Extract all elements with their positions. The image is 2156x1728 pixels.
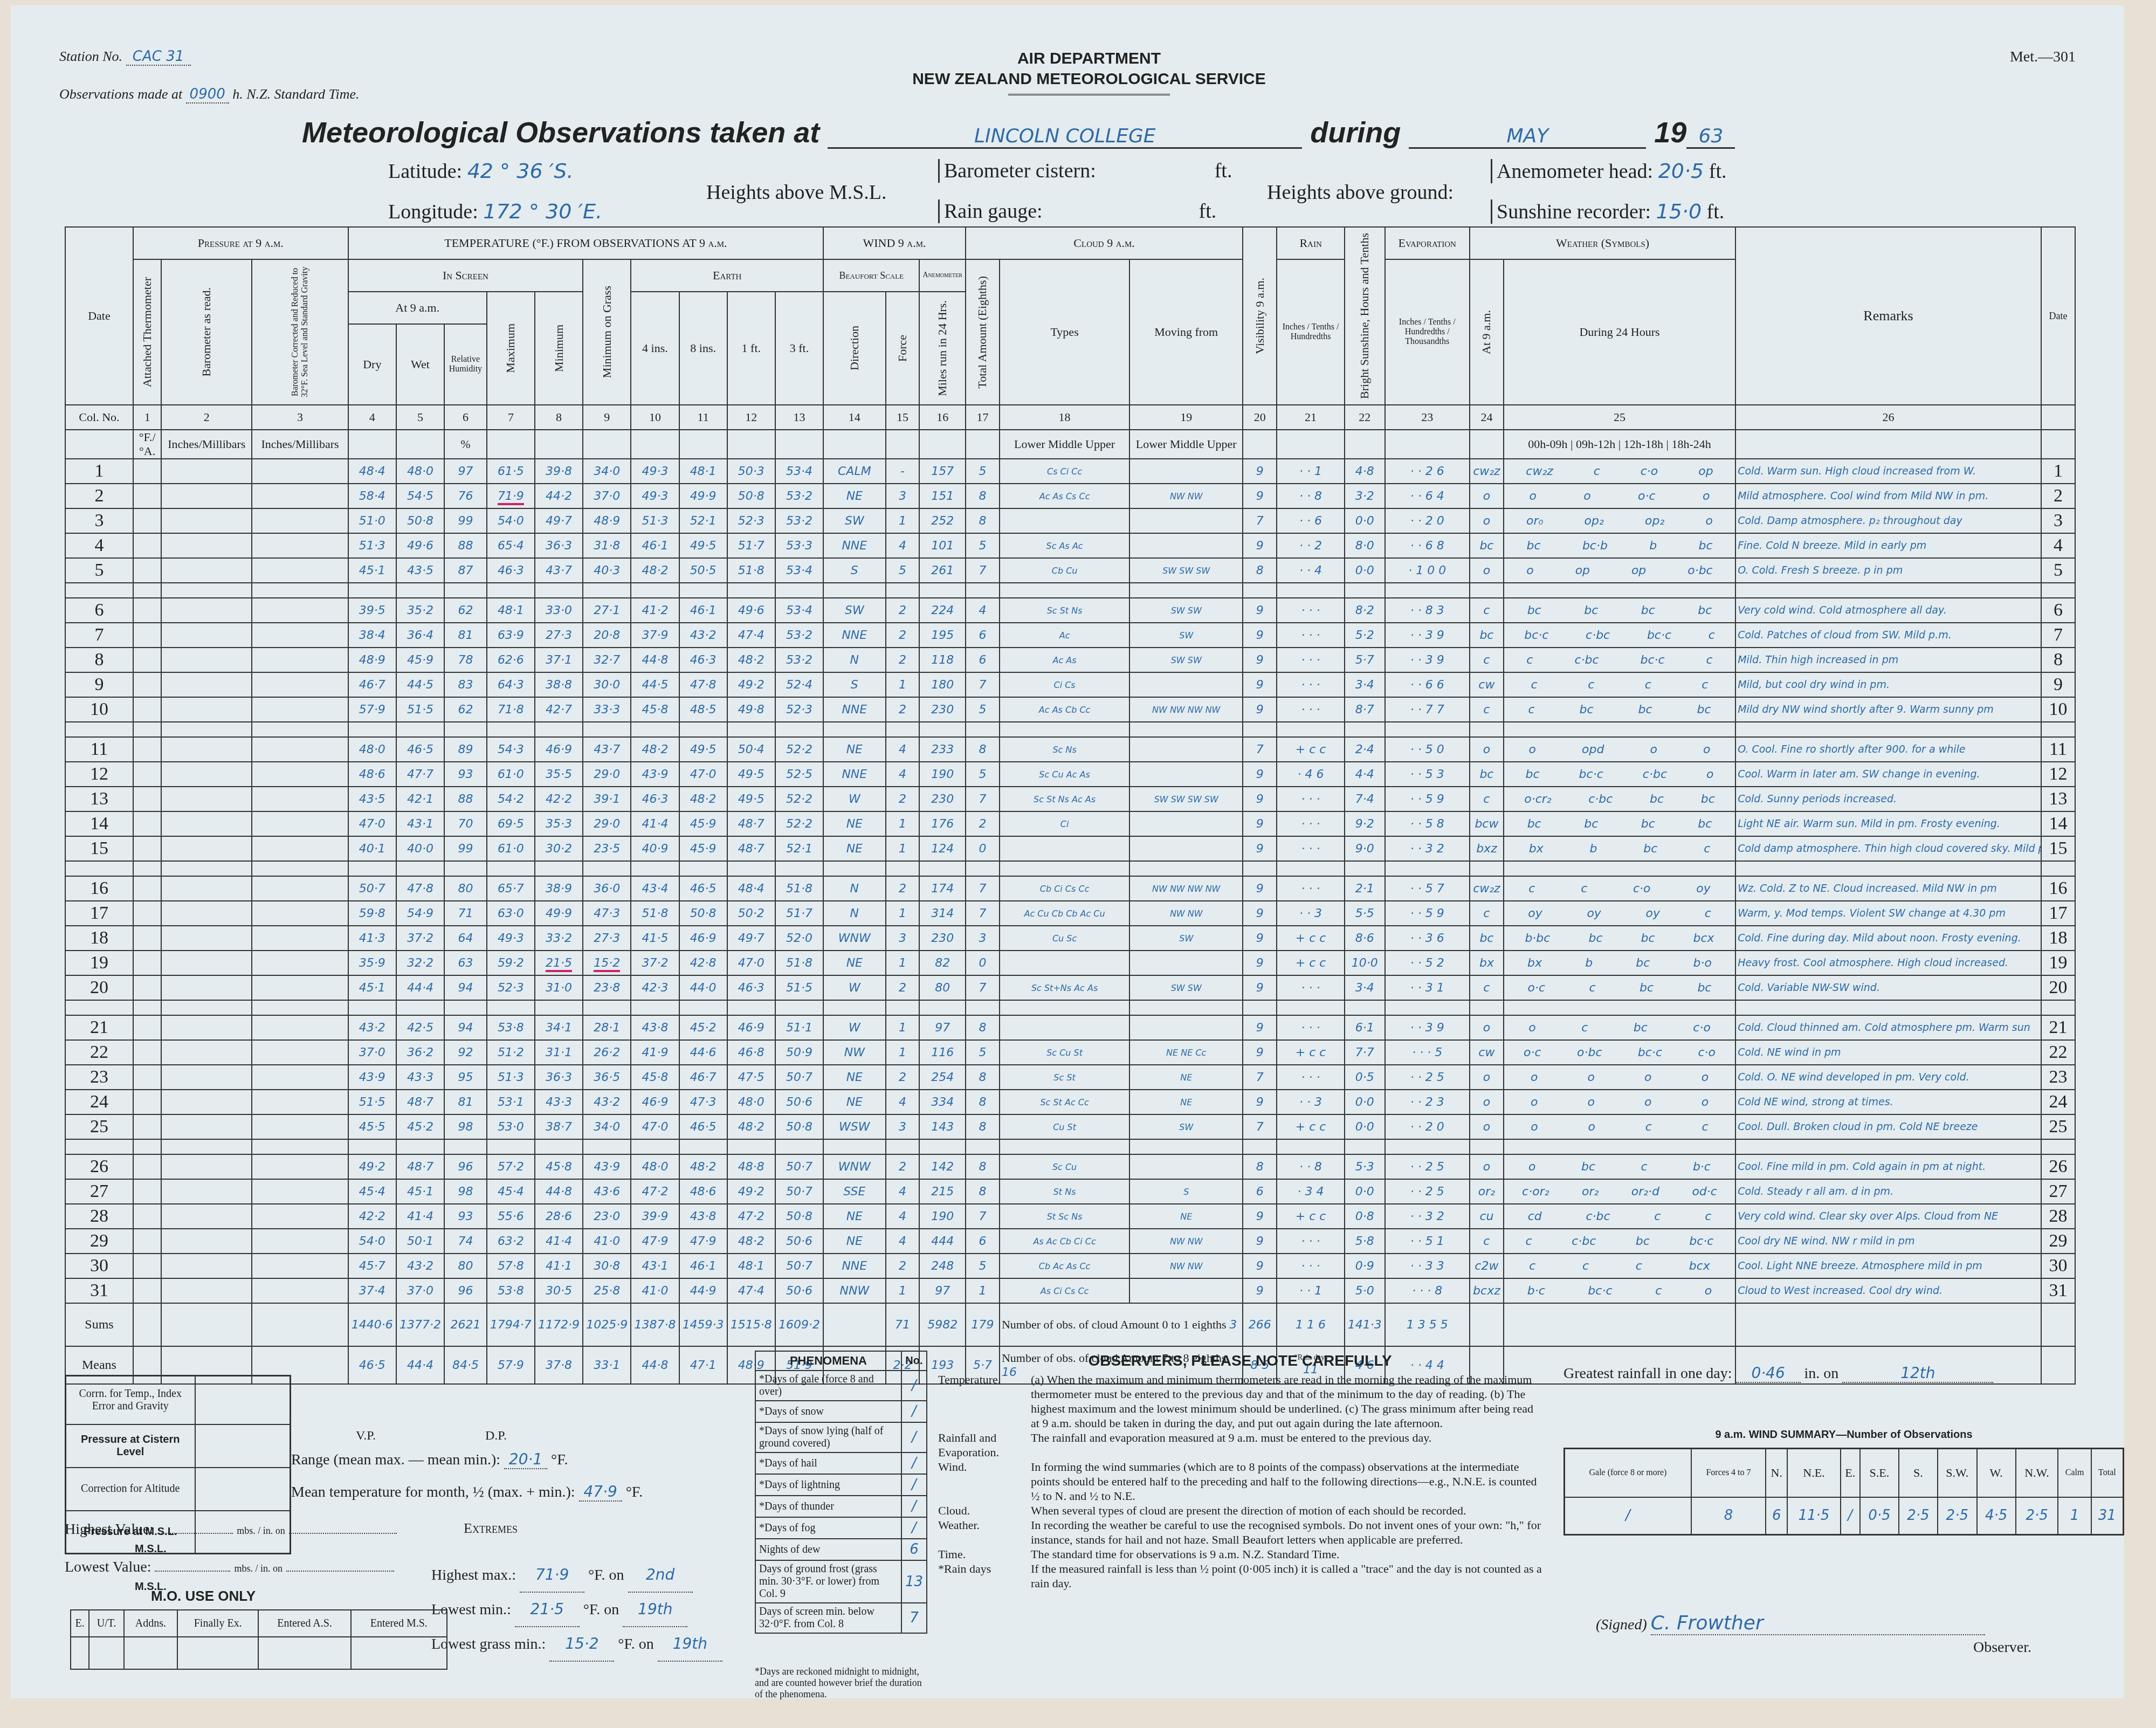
weather-period[interactable]: o·bc [1577,1046,1602,1059]
pressure-cell[interactable] [133,484,161,508]
weather-period[interactable]: c·bc [1586,629,1610,642]
rain-cell[interactable]: · · · [1277,598,1345,623]
cmove-cell[interactable]: NE [1129,1090,1243,1114]
pressure-cell[interactable] [161,926,252,951]
cloud-cell[interactable]: 6 [966,1229,1000,1254]
cmove-cell[interactable]: NW NW NW NW [1129,697,1243,722]
station-number-value[interactable]: CAC 31 [126,49,191,66]
e1-cell[interactable]: 46·3 [727,975,775,1000]
ctype-cell[interactable]: Sc St Ac Cc [1000,1090,1129,1114]
weather-period[interactable]: c [1529,1259,1535,1273]
cloud-cell[interactable]: 2 [966,811,1000,836]
e3-cell[interactable]: 52·2 [775,811,823,836]
dir-cell[interactable]: NNE [823,697,885,722]
grass-cell[interactable]: 33·3 [583,697,631,722]
rh-cell[interactable]: 88 [444,533,487,558]
e1-cell[interactable]: 46·8 [727,1040,775,1065]
pressure-cell[interactable] [161,697,252,722]
remarks-cell[interactable]: O. Cold. Fresh S breeze. p in pm [1735,558,2041,583]
weather-period[interactable]: b [1649,539,1657,553]
wet-cell[interactable]: 43·1 [396,811,444,836]
grass-cell[interactable]: 27·1 [583,598,631,623]
cloud-cell[interactable]: 8 [966,1090,1000,1114]
weather-24h-cell[interactable]: cc·bcbc·cc [1504,648,1735,672]
pressure-cell[interactable] [252,508,348,533]
wx9-cell[interactable]: cw₂z [1470,459,1504,484]
ctype-cell[interactable]: Sc Ns [1000,737,1129,762]
e4-cell[interactable]: 41·5 [631,926,679,951]
e1-cell[interactable]: 47·5 [727,1065,775,1090]
e8-cell[interactable]: 43·2 [679,623,727,648]
rh-cell[interactable]: 87 [444,558,487,583]
dir-cell[interactable]: NE [823,1090,885,1114]
rain-cell[interactable]: · · · [1277,623,1345,648]
grass-cell[interactable]: 30·8 [583,1254,631,1278]
evap-cell[interactable]: · · 2 5 [1385,1179,1470,1204]
sun-cell[interactable]: 0·8 [1345,1204,1384,1229]
wx9-cell[interactable]: o [1470,1114,1504,1139]
sun-cell[interactable]: 0·5 [1345,1065,1384,1090]
max-cell[interactable]: 63·9 [487,623,535,648]
pressure-cell[interactable] [133,926,161,951]
force-cell[interactable]: 4 [886,1229,920,1254]
min-cell[interactable]: 30·2 [535,836,583,861]
dir-cell[interactable]: NNW [823,1278,885,1303]
e4-cell[interactable]: 49·3 [631,459,679,484]
e1-cell[interactable]: 51·7 [727,533,775,558]
wet-cell[interactable]: 47·8 [396,876,444,901]
weather-period[interactable]: bx [1527,956,1542,970]
e1-cell[interactable]: 48·7 [727,836,775,861]
pressure-cell[interactable] [133,1090,161,1114]
rain-cell[interactable]: · · · [1277,672,1345,697]
cmove-cell[interactable] [1129,951,1243,975]
wind-summary-value[interactable]: 31 [2091,1497,2124,1535]
rain-cell[interactable]: · · · [1277,1254,1345,1278]
e4-cell[interactable]: 43·8 [631,1015,679,1040]
dir-cell[interactable]: NE [823,1204,885,1229]
pressure-cell[interactable] [252,533,348,558]
pressure-cell[interactable] [252,1065,348,1090]
weather-period[interactable]: c [1704,842,1710,856]
evap-cell[interactable]: · · 5 7 [1385,876,1470,901]
sun-cell[interactable]: 0·9 [1345,1254,1384,1278]
e1-cell[interactable]: 49·8 [727,697,775,722]
dir-cell[interactable]: NE [823,1229,885,1254]
weather-period[interactable]: cw₂z [1526,465,1553,478]
weather-period[interactable]: o [1650,743,1657,756]
ctype-cell[interactable]: Ci [1000,811,1129,836]
pressure-cell[interactable] [133,672,161,697]
e1-cell[interactable]: 49·7 [727,926,775,951]
wet-cell[interactable]: 36·2 [396,1040,444,1065]
max-cell[interactable]: 69·5 [487,811,535,836]
weather-period[interactable]: o [1702,1096,1709,1109]
weather-period[interactable]: bc [1697,981,1711,995]
e8-cell[interactable]: 49·9 [679,484,727,508]
phenomena-value[interactable]: 6 [901,1539,927,1560]
remarks-cell[interactable]: Cold. Variable NW-SW wind. [1735,975,2041,1000]
weather-period[interactable]: c [1581,1021,1588,1035]
weather-period[interactable]: b·c [1527,1284,1545,1298]
evap-cell[interactable]: · · 2 0 [1385,1114,1470,1139]
remarks-cell[interactable]: Heavy frost. Cool atmosphere. High cloud… [1735,951,2041,975]
sun-cell[interactable]: 3·2 [1345,484,1384,508]
e4-cell[interactable]: 46·9 [631,1090,679,1114]
weather-period[interactable]: op [1631,564,1646,577]
remarks-cell[interactable]: O. Cool. Fine ro shortly after 900. for … [1735,737,2041,762]
cloud-cell[interactable]: 5 [966,697,1000,722]
weather-period[interactable]: o [1583,490,1590,503]
dir-cell[interactable]: NE [823,951,885,975]
max-cell[interactable]: 54·0 [487,508,535,533]
cloud-cell[interactable]: 8 [966,1179,1000,1204]
rain-cell[interactable]: · · 2 [1277,533,1345,558]
e4-cell[interactable]: 46·1 [631,533,679,558]
min-cell[interactable]: 45·8 [535,1154,583,1179]
cmove-cell[interactable] [1129,672,1243,697]
min-cell[interactable]: 38·9 [535,876,583,901]
sun-cell[interactable]: 5·0 [1345,1278,1384,1303]
weather-24h-cell[interactable]: obccb·c [1504,1155,1735,1179]
miles-cell[interactable]: 230 [919,697,965,722]
cloud-cell[interactable]: 5 [966,459,1000,484]
weather-period[interactable]: bc·b [1582,539,1608,553]
rh-cell[interactable]: 96 [444,1278,487,1303]
force-cell[interactable]: 2 [886,697,920,722]
evap-cell[interactable]: · · 3 3 [1385,1254,1470,1278]
pressure-cell[interactable] [161,533,252,558]
evap-cell[interactable]: · · 3 1 [1385,975,1470,1000]
weather-period[interactable]: bc·c [1588,1284,1612,1298]
dry-cell[interactable]: 42·2 [348,1204,396,1229]
wet-cell[interactable]: 46·5 [396,737,444,762]
cloud-cell[interactable]: 8 [966,737,1000,762]
miles-cell[interactable]: 180 [919,672,965,697]
weather-period[interactable]: bc·c [1638,1046,1662,1059]
pressure-cell[interactable] [133,737,161,762]
vis-cell[interactable]: 9 [1243,787,1277,811]
rain-cell[interactable]: · · · [1277,697,1345,722]
vis-cell[interactable]: 9 [1243,836,1277,861]
e3-cell[interactable]: 50·8 [775,1204,823,1229]
pressure-cell[interactable] [133,1204,161,1229]
miles-cell[interactable]: 174 [919,876,965,901]
vis-cell[interactable]: 7 [1243,508,1277,533]
evap-cell[interactable]: · · 3 9 [1385,623,1470,648]
weather-period[interactable]: o·c [1528,981,1546,995]
wind-summary-value[interactable]: 4·5 [1977,1497,2016,1535]
force-cell[interactable]: 2 [886,598,920,623]
cmove-cell[interactable] [1129,762,1243,787]
grass-cell[interactable]: 36·0 [583,876,631,901]
pressure-cell[interactable] [252,1015,348,1040]
pressure-cell[interactable] [133,598,161,623]
min-cell[interactable]: 35·5 [535,762,583,787]
weather-period[interactable]: o [1531,1096,1538,1109]
min-cell[interactable]: 37·1 [535,648,583,672]
evap-cell[interactable]: · · 2 6 [1385,459,1470,484]
e1-cell[interactable]: 49·2 [727,1179,775,1204]
e8-cell[interactable]: 45·9 [679,811,727,836]
weather-period[interactable]: bc [1698,539,1712,553]
phenomena-value[interactable]: / [901,1517,927,1539]
cmove-cell[interactable]: SW SW [1129,648,1243,672]
vis-cell[interactable]: 8 [1243,558,1277,583]
force-cell[interactable]: 2 [886,876,920,901]
weather-period[interactable]: op [1698,465,1713,478]
vis-cell[interactable]: 9 [1243,1229,1277,1254]
weather-period[interactable]: or₂ [1582,1185,1599,1199]
ctype-cell[interactable]: Cu St [1000,1114,1129,1139]
weather-24h-cell[interactable]: bc·cc·bcbc·cc [1504,623,1735,647]
max-cell[interactable]: 65·7 [487,876,535,901]
weather-period[interactable]: c·bc [1643,768,1667,781]
dry-cell[interactable]: 48·9 [348,648,396,672]
weather-period[interactable]: o [1706,514,1713,528]
e4-cell[interactable]: 45·8 [631,697,679,722]
pressure-cell[interactable] [252,975,348,1000]
pressure-cell[interactable] [133,762,161,787]
dry-cell[interactable]: 45·1 [348,975,396,1000]
wx9-cell[interactable]: bc [1470,762,1504,787]
dry-cell[interactable]: 58·4 [348,484,396,508]
pressure-cell[interactable] [133,1040,161,1065]
sun-cell[interactable]: 9·2 [1345,811,1384,836]
remarks-cell[interactable]: Mild. Thin high increased in pm [1735,648,2041,672]
remarks-cell[interactable]: Cold. Fine during day. Mild about noon. … [1735,926,2041,951]
e4-cell[interactable]: 45·8 [631,1065,679,1090]
dir-cell[interactable]: W [823,975,885,1000]
evap-cell[interactable]: · · 5 9 [1385,787,1470,811]
e1-cell[interactable]: 47·4 [727,1278,775,1303]
dry-cell[interactable]: 49·2 [348,1154,396,1179]
weather-period[interactable]: oy [1646,907,1660,920]
rain-cell[interactable]: · · · [1277,1015,1345,1040]
e8-cell[interactable]: 49·5 [679,737,727,762]
evap-cell[interactable]: · · 2 3 [1385,1090,1470,1114]
pressure-cell[interactable] [252,951,348,975]
e8-cell[interactable]: 50·8 [679,901,727,926]
dry-cell[interactable]: 45·4 [348,1179,396,1204]
weather-period[interactable]: bc [1588,932,1602,945]
evap-cell[interactable]: · · 5 9 [1385,901,1470,926]
weather-period[interactable]: bcx [1693,932,1714,945]
grass-cell[interactable]: 26·2 [583,1040,631,1065]
phenomena-value[interactable]: / [901,1422,927,1452]
cloud-cell[interactable]: 1 [966,1278,1000,1303]
phenomena-value[interactable]: / [901,1452,927,1474]
dry-cell[interactable]: 48·6 [348,762,396,787]
pressure-cell[interactable] [161,1154,252,1179]
e1-cell[interactable]: 51·8 [727,558,775,583]
pressure-cell[interactable] [252,484,348,508]
dir-cell[interactable]: NNE [823,1254,885,1278]
weather-period[interactable]: oy [1587,907,1601,920]
weather-period[interactable]: bc [1640,981,1654,995]
weather-period[interactable]: bc [1634,1021,1648,1035]
grass-cell[interactable]: 43·9 [583,1154,631,1179]
weather-period[interactable]: bx [1529,842,1544,856]
pressure-cell[interactable] [252,598,348,623]
pressure-cell[interactable] [252,672,348,697]
vis-cell[interactable]: 9 [1243,484,1277,508]
sun-cell[interactable]: 2·1 [1345,876,1384,901]
vis-cell[interactable]: 9 [1243,951,1277,975]
pressure-cell[interactable] [252,697,348,722]
min-cell[interactable]: 41·4 [535,1229,583,1254]
e8-cell[interactable]: 45·2 [679,1015,727,1040]
weather-24h-cell[interactable]: b·cbc·cco [1504,1279,1735,1303]
wet-cell[interactable]: 37·2 [396,926,444,951]
ctype-cell[interactable]: Ac As Cb Cc [1000,697,1129,722]
weather-period[interactable]: or₂·d [1631,1185,1659,1199]
cmove-cell[interactable]: SW [1129,926,1243,951]
pressure-cell[interactable] [133,1229,161,1254]
rh-cell[interactable]: 98 [444,1179,487,1204]
weather-period[interactable]: c [1589,981,1595,995]
weather-period[interactable]: opd [1582,743,1604,756]
min-cell[interactable]: 44·8 [535,1179,583,1204]
rain-cell[interactable]: + c c [1277,926,1345,951]
dry-cell[interactable]: 45·5 [348,1114,396,1139]
e4-cell[interactable]: 46·3 [631,787,679,811]
cloud-cell[interactable]: 5 [966,1040,1000,1065]
wind-summary-value[interactable]: 2·5 [1899,1497,1938,1535]
max-cell[interactable]: 45·4 [487,1179,535,1204]
weather-24h-cell[interactable]: oooo [1504,1090,1735,1114]
sun-cell[interactable]: 7·7 [1345,1040,1384,1065]
cmove-cell[interactable]: NE [1129,1065,1243,1090]
weather-period[interactable]: bc [1701,793,1715,806]
grass-cell[interactable]: 36·5 [583,1065,631,1090]
cmove-cell[interactable] [1129,508,1243,533]
min-cell[interactable]: 33·2 [535,926,583,951]
e8-cell[interactable]: 47·8 [679,672,727,697]
e1-cell[interactable]: 46·9 [727,1015,775,1040]
min-cell[interactable]: 49·7 [535,508,583,533]
ctype-cell[interactable]: Ac Cu Cb Cb Ac Cu [1000,901,1129,926]
max-cell[interactable]: 53·8 [487,1278,535,1303]
wx9-cell[interactable]: cu [1470,1204,1504,1229]
remarks-cell[interactable]: Cool. Light NNE breeze. Atmosphere mild … [1735,1254,2041,1278]
pressure-cell[interactable] [161,672,252,697]
ctype-cell[interactable]: Ac As [1000,648,1129,672]
force-cell[interactable]: 2 [886,648,920,672]
max-cell[interactable]: 59·2 [487,951,535,975]
max-cell[interactable]: 48·1 [487,598,535,623]
sun-cell[interactable]: 2·4 [1345,737,1384,762]
evap-cell[interactable]: · · 2 5 [1385,1154,1470,1179]
rain-cell[interactable]: · · 3 [1277,901,1345,926]
grass-cell[interactable]: 30·0 [583,672,631,697]
max-cell[interactable]: 64·3 [487,672,535,697]
cmove-cell[interactable] [1129,1015,1243,1040]
weather-period[interactable]: op [1575,564,1590,577]
wx9-cell[interactable]: o [1470,508,1504,533]
pressure-cell[interactable] [252,787,348,811]
dry-cell[interactable]: 46·7 [348,672,396,697]
weather-period[interactable]: c [1588,678,1594,692]
grass-cell[interactable]: 31·8 [583,533,631,558]
vis-cell[interactable]: 9 [1243,598,1277,623]
weather-period[interactable]: c [1645,1120,1652,1134]
weather-period[interactable]: cd [1528,1210,1542,1223]
wx9-cell[interactable]: o [1470,558,1504,583]
evap-cell[interactable]: · · 5 1 [1385,1229,1470,1254]
rh-cell[interactable]: 70 [444,811,487,836]
dry-cell[interactable]: 43·2 [348,1015,396,1040]
e1-cell[interactable]: 48·8 [727,1154,775,1179]
wind-summary-value[interactable]: 2·5 [2016,1497,2058,1535]
cloud-cell[interactable]: 7 [966,787,1000,811]
pressure-cell[interactable] [161,836,252,861]
grass-cell[interactable]: 43·2 [583,1090,631,1114]
min-cell[interactable]: 38·7 [535,1114,583,1139]
vis-cell[interactable]: 9 [1243,975,1277,1000]
force-cell[interactable]: 3 [886,1114,920,1139]
cmove-cell[interactable]: NW NW [1129,484,1243,508]
cmove-cell[interactable]: SW SW SW [1129,558,1243,583]
e3-cell[interactable]: 50·9 [775,1040,823,1065]
dir-cell[interactable]: WNW [823,926,885,951]
dir-cell[interactable]: NNE [823,533,885,558]
weather-24h-cell[interactable]: or₀op₂op₂o [1504,509,1735,533]
force-cell[interactable]: 5 [886,558,920,583]
miles-cell[interactable]: 80 [919,975,965,1000]
weather-period[interactable]: o·bc [1687,564,1713,577]
cmove-cell[interactable] [1129,533,1243,558]
max-cell[interactable]: 51·3 [487,1065,535,1090]
weather-period[interactable]: bc [1641,604,1655,617]
dry-cell[interactable]: 50·7 [348,876,396,901]
pressure-cell[interactable] [161,1040,252,1065]
weather-period[interactable]: c [1709,629,1715,642]
force-cell[interactable]: 1 [886,1278,920,1303]
dry-cell[interactable]: 35·9 [348,951,396,975]
ctype-cell[interactable]: Cb Cu [1000,558,1129,583]
grass-cell[interactable]: 37·0 [583,484,631,508]
rain-cell[interactable]: + c c [1277,1204,1345,1229]
e4-cell[interactable]: 51·3 [631,508,679,533]
dir-cell[interactable]: WNW [823,1154,885,1179]
sun-cell[interactable]: 5·8 [1345,1229,1384,1254]
wet-cell[interactable]: 42·1 [396,787,444,811]
wet-cell[interactable]: 43·3 [396,1065,444,1090]
cmove-cell[interactable]: NW NW [1129,1254,1243,1278]
pressure-cell[interactable] [252,1278,348,1303]
e4-cell[interactable]: 47·2 [631,1179,679,1204]
remarks-cell[interactable]: Cold. NE wind in pm [1735,1040,2041,1065]
weather-period[interactable]: o·cr₂ [1524,793,1551,806]
min-cell[interactable]: 38·8 [535,672,583,697]
grass-cell[interactable]: 39·1 [583,787,631,811]
weather-period[interactable]: or₀ [1526,514,1543,528]
cloud-cell[interactable]: 7 [966,558,1000,583]
wet-cell[interactable]: 48·0 [396,459,444,484]
remarks-cell[interactable]: Light NE air. Warm sun. Mild in pm. Fros… [1735,811,2041,836]
miles-cell[interactable]: 195 [919,623,965,648]
weather-period[interactable]: o [1528,1160,1535,1174]
wet-cell[interactable]: 45·2 [396,1114,444,1139]
year-field[interactable]: 63 [1686,125,1735,149]
cloud-cell[interactable]: 0 [966,836,1000,861]
vis-cell[interactable]: 9 [1243,811,1277,836]
rain-cell[interactable]: · · · [1277,836,1345,861]
vis-cell[interactable]: 9 [1243,901,1277,926]
force-cell[interactable]: 1 [886,1040,920,1065]
grass-cell[interactable]: 43·6 [583,1179,631,1204]
